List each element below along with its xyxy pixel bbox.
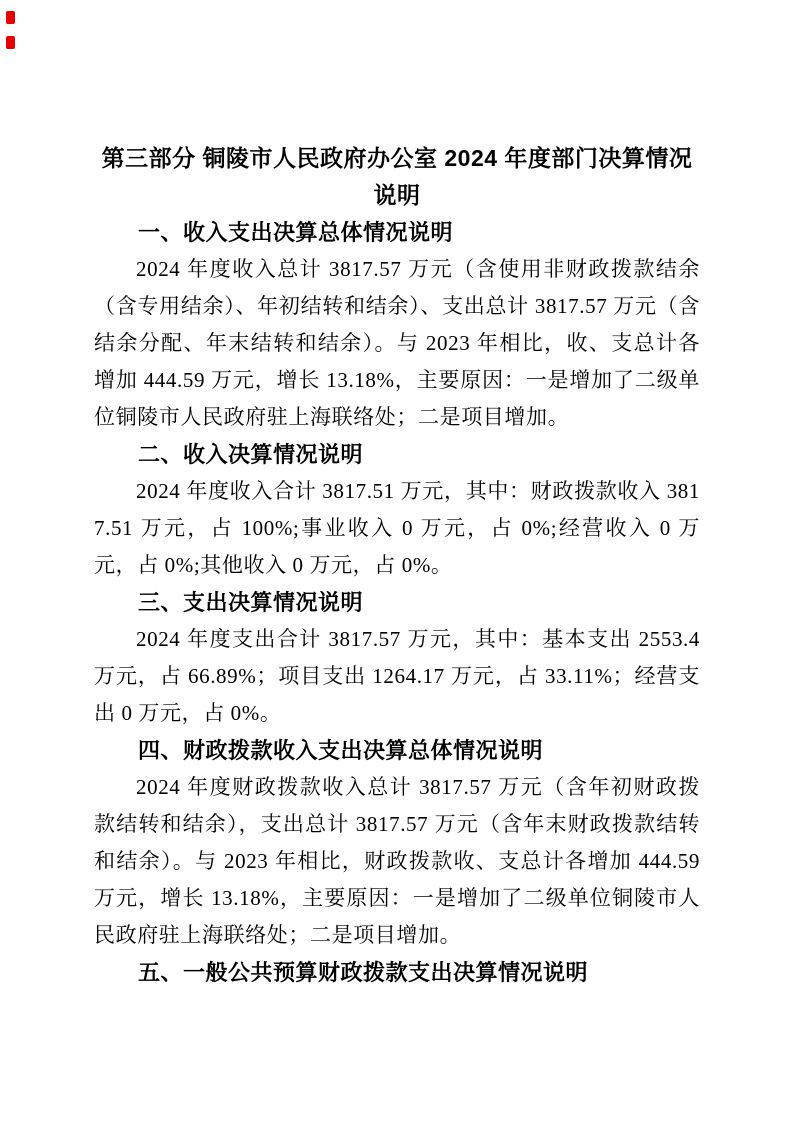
document-page: 第三部分 铜陵市人民政府办公室 2024 年度部门决算情况 说明 一、收入支出决… [0,0,793,1122]
document-title: 第三部分 铜陵市人民政府办公室 2024 年度部门决算情况 说明 [94,140,700,214]
red-mark-bottom [6,36,15,49]
document-content: 第三部分 铜陵市人民政府办公室 2024 年度部门决算情况 说明 一、收入支出决… [94,140,700,991]
section-paragraph: 2024 年度支出合计 3817.57 万元，其中：基本支出 2553.4 万元… [94,621,700,732]
sections-container: 一、收入支出决算总体情况说明2024 年度收入总计 3817.57 万元（含使用… [94,214,700,991]
section-paragraph: 2024 年度财政拨款收入总计 3817.57 万元（含年初财政拨款结转和结余）… [94,769,700,954]
section-heading: 四、财政拨款收入支出决算总体情况说明 [94,732,700,769]
section-paragraph: 2024 年度收入总计 3817.57 万元（含使用非财政拨款结余（含专用结余）… [94,251,700,436]
section-heading: 二、收入决算情况说明 [94,436,700,473]
document-title-line1: 第三部分 铜陵市人民政府办公室 2024 年度部门决算情况 [94,140,700,177]
section-heading: 五、一般公共预算财政拨款支出决算情况说明 [94,954,700,991]
red-mark-top [6,11,15,24]
section-heading: 三、支出决算情况说明 [94,584,700,621]
section-paragraph: 2024 年度收入合计 3817.51 万元，其中：财政拨款收入 3817.51… [94,473,700,584]
section-heading: 一、收入支出决算总体情况说明 [94,214,700,251]
document-title-line2: 说明 [94,177,700,214]
